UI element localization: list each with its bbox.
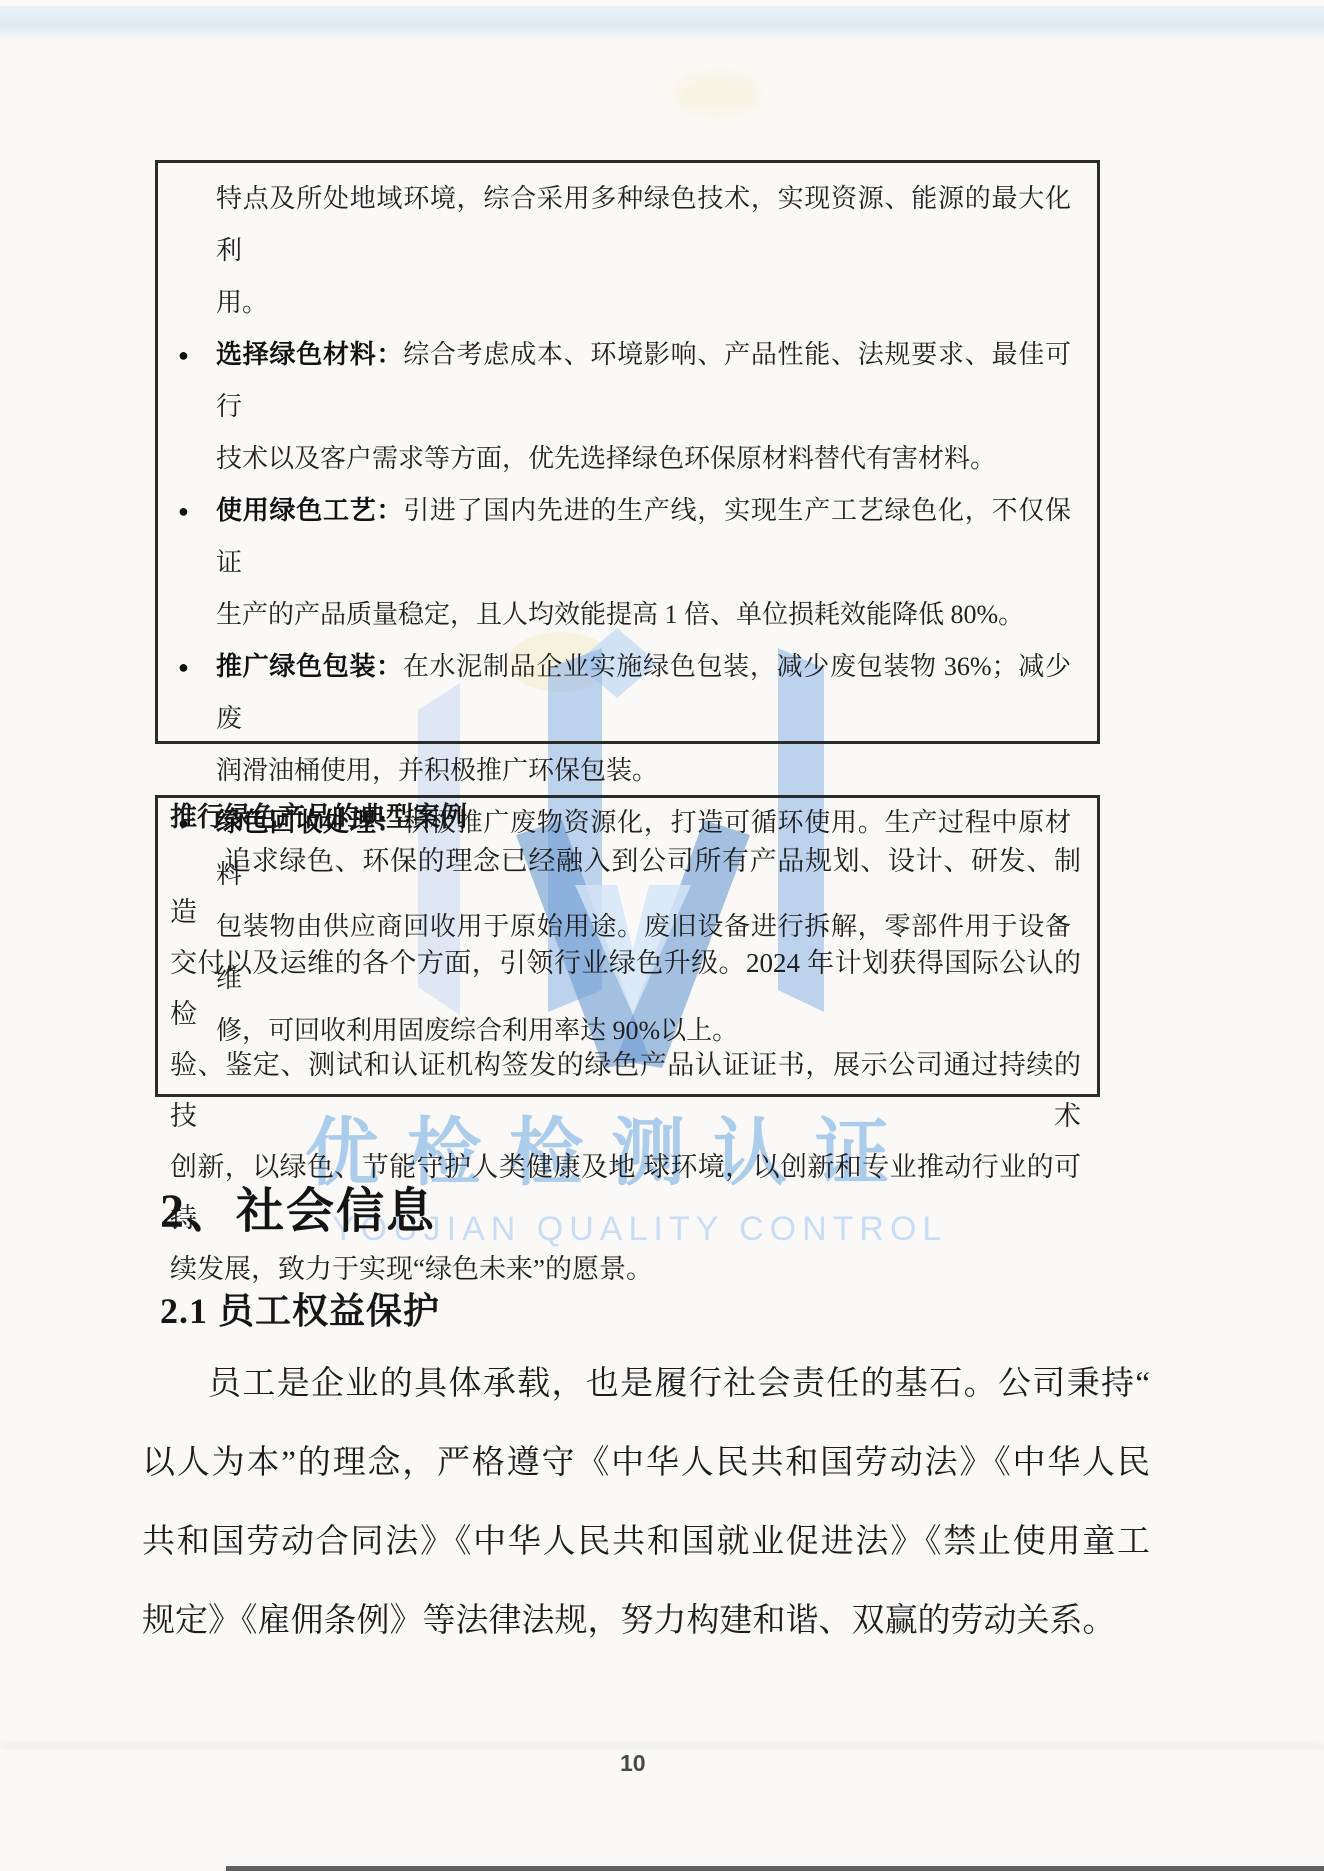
section-heading-social-info: 2、社会信息	[160, 1172, 436, 1241]
employee-rights-paragraph: 员工是企业的具体承载，也是履行社会责任的基石。公司秉持“以人为本”的理念，严格遵…	[142, 1345, 1150, 1661]
bullet-list-line: ●推广绿色包装：在水泥制品企业实施绿色包装，减少废包装物 36%；减少废	[216, 641, 1071, 745]
text-line: 规定》《雇佣条例》等法律法规，努力构建和谐、双赢的劳动关系。	[142, 1582, 1150, 1661]
text-line: 验、鉴定、测试和认证机构签发的绿色产品认证证书，展示公司通过持续的技术	[170, 1040, 1081, 1142]
text-line: 交付以及运维的各个方面，引领行业绿色升级。2024 年计划获得国际公认的检	[170, 938, 1081, 1040]
case-box-title: 推行绿色产品的典型案例	[170, 798, 1081, 836]
line-text: 润滑油桶使用，并积极推广环保包装。	[216, 756, 658, 785]
line-text: 生产的产品质量稳定，且人均效能提高 1 倍、单位损耗效能降低 80%。	[216, 600, 1024, 629]
bullet-icon: ●	[178, 329, 189, 381]
text-line: 生产的产品质量稳定，且人均效能提高 1 倍、单位损耗效能降低 80%。	[216, 589, 1071, 641]
green-measures-box: 特点及所处地域环境，综合采用多种绿色技术，实现资源、能源的最大化利用。●选择绿色…	[155, 160, 1100, 744]
bullet-list-line: ●使用绿色工艺：引进了国内先进的生产线，实现生产工艺绿色化，不仅保证	[216, 485, 1071, 589]
bullet-icon: ●	[178, 485, 189, 537]
bullet-label: 选择绿色材料：	[216, 340, 403, 369]
line-text: 续发展，致力于实现“绿色未来”的愿景。	[170, 1254, 653, 1284]
line-text: 用。	[216, 288, 268, 317]
line-text: 技术以及客户需求等方面，优先选择绿色环保原材料替代有害材料。	[216, 444, 996, 473]
line-text: 员工是企业的具体承载，也是履行社会责任的基石。公司秉持“	[208, 1366, 1150, 1402]
line-text: 追求绿色、环保的理念已经融入到公司所有产品规划、设计、研发、制造、	[170, 846, 1081, 927]
text-line: 员工是企业的具体承载，也是履行社会责任的基石。公司秉持“	[142, 1345, 1150, 1424]
text-line: 追求绿色、环保的理念已经融入到公司所有产品规划、设计、研发、制造、	[170, 836, 1081, 938]
bullet-list-line: ●选择绿色材料：综合考虑成本、环境影响、产品性能、法规要求、最佳可行	[216, 329, 1071, 433]
line-text: 共和国劳动合同法》《中华人民共和国就业促进法》《禁止使用童工	[142, 1524, 1150, 1560]
scan-artifact-yellow-smudge	[672, 72, 762, 116]
line-text: 规定》《雇佣条例》等法律法规，努力构建和谐、双赢的劳动关系。	[142, 1603, 1116, 1639]
scan-artifact-top-band	[0, 6, 1324, 42]
document-page: 优检检测认证 YOUJIAN QUALITY CONTROL 特点及所处地域环境…	[0, 0, 1324, 1871]
line-text: 特点及所处地域环境，综合采用多种绿色技术，实现资源、能源的最大化利	[216, 184, 1071, 265]
text-line: 特点及所处地域环境，综合采用多种绿色技术，实现资源、能源的最大化利	[216, 173, 1071, 277]
text-line: 以人为本”的理念，严格遵守《中华人民共和国劳动法》《中华人民	[142, 1424, 1150, 1503]
text-line: 用。	[216, 277, 1071, 329]
scan-artifact-bottom-edge	[226, 1866, 1324, 1871]
line-text: 交付以及运维的各个方面，引领行业绿色升级。2024 年计划获得国际公认的检	[170, 948, 1081, 1029]
line-text: 验、鉴定、测试和认证机构签发的绿色产品认证证书，展示公司通过持续的技术	[170, 1050, 1081, 1131]
bullet-icon: ●	[178, 641, 189, 693]
text-line: 润滑油桶使用，并积极推广环保包装。	[216, 745, 1071, 797]
text-line: 共和国劳动合同法》《中华人民共和国就业促进法》《禁止使用童工	[142, 1503, 1150, 1582]
line-text: 以人为本”的理念，严格遵守《中华人民共和国劳动法》《中华人民	[142, 1445, 1150, 1481]
text-line: 技术以及客户需求等方面，优先选择绿色环保原材料替代有害材料。	[216, 433, 1071, 485]
bullet-label: 推广绿色包装：	[216, 652, 403, 681]
bullet-label: 使用绿色工艺：	[216, 496, 403, 525]
green-product-case-box: 推行绿色产品的典型案例 追求绿色、环保的理念已经融入到公司所有产品规划、设计、研…	[155, 795, 1100, 1097]
subsection-heading-employee-rights: 2.1 员工权益保护	[160, 1283, 440, 1334]
page-number: 10	[620, 1750, 646, 1777]
scan-artifact-streak	[0, 1742, 1324, 1750]
